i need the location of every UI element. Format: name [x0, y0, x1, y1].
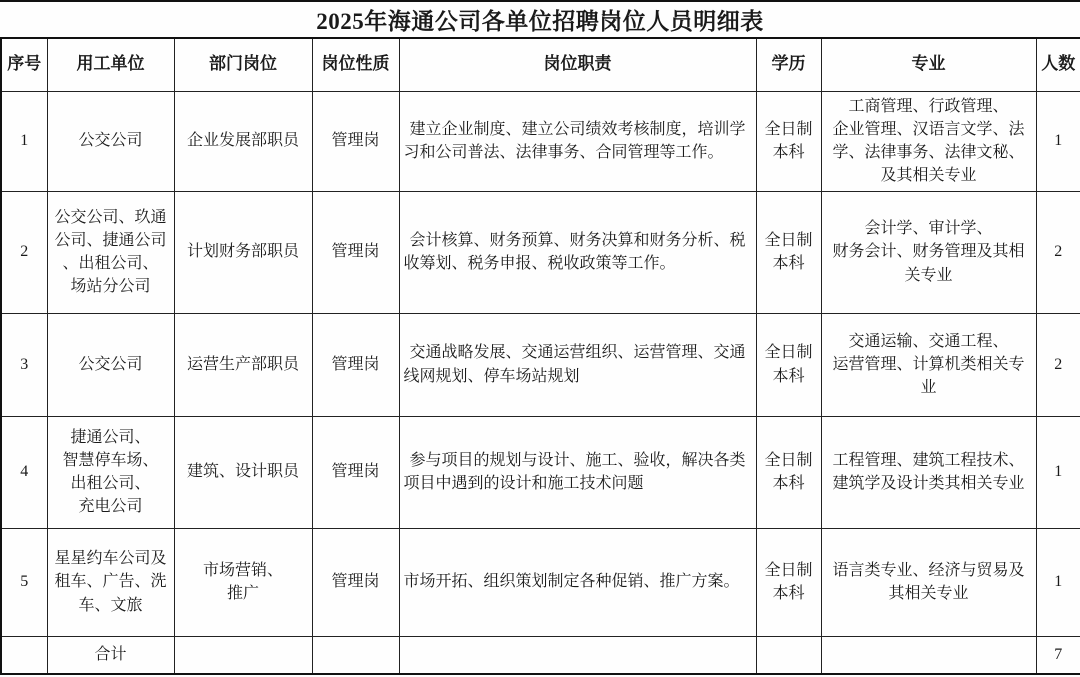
- col-header-major: 专业: [821, 38, 1036, 91]
- recruitment-sheet: 2025年海通公司各单位招聘岗位人员明细表 序号 用工单位 部门岗位 岗位性质 …: [0, 0, 1080, 677]
- cell-nature: [312, 636, 399, 674]
- cell-nature: 管理岗: [312, 191, 399, 313]
- cell-duty: [399, 636, 756, 674]
- col-header-serial: 序号: [1, 38, 47, 91]
- cell-unit: 公交公司、玖通 公司、捷通公司 、出租公司、 场站分公司: [47, 191, 174, 313]
- col-header-duty: 岗位职责: [399, 38, 756, 91]
- cell-unit: 星星约车公司及 租车、广告、洗 车、文旅: [47, 528, 174, 636]
- cell-nature: 管理岗: [312, 528, 399, 636]
- col-header-count: 人数: [1036, 38, 1080, 91]
- cell-unit: 捷通公司、 智慧停车场、 出租公司、 充电公司: [47, 416, 174, 528]
- cell-major: 交通运输、交通工程、 运营管理、计算机类相关专 业: [821, 313, 1036, 416]
- cell-nature: 管理岗: [312, 313, 399, 416]
- header-row: 序号 用工单位 部门岗位 岗位性质 岗位职责 学历 专业 人数: [1, 38, 1080, 91]
- cell-count: 1: [1036, 528, 1080, 636]
- cell-edu: [756, 636, 821, 674]
- cell-dept: 计划财务部职员: [174, 191, 312, 313]
- cell-dept: 企业发展部职员: [174, 91, 312, 191]
- table-row: 4 捷通公司、 智慧停车场、 出租公司、 充电公司 建筑、设计职员 管理岗 参与…: [1, 416, 1080, 528]
- table-row: 3 公交公司 运营生产部职员 管理岗 交通战略发展、交通运营组织、运营管理、交通…: [1, 313, 1080, 416]
- cell-edu: 全日制 本科: [756, 191, 821, 313]
- table-row: 5 星星约车公司及 租车、广告、洗 车、文旅 市场营销、 推广 管理岗 市场开拓…: [1, 528, 1080, 636]
- cell-duty: 市场开拓、组织策划制定各种促销、推广方案。: [399, 528, 756, 636]
- cell-nature: 管理岗: [312, 416, 399, 528]
- cell-unit: 公交公司: [47, 313, 174, 416]
- page-title: 2025年海通公司各单位招聘岗位人员明细表: [0, 0, 1080, 37]
- cell-major: 语言类专业、经济与贸易及 其相关专业: [821, 528, 1036, 636]
- cell-nature: 管理岗: [312, 91, 399, 191]
- cell-serial: 5: [1, 528, 47, 636]
- cell-major: 工商管理、行政管理、 企业管理、汉语言文学、法 学、法律事务、法律文秘、 及其相…: [821, 91, 1036, 191]
- table-row: 1 公交公司 企业发展部职员 管理岗 建立企业制度、建立公司绩效考核制度，培训学…: [1, 91, 1080, 191]
- cell-duty: 参与项目的规划与设计、施工、验收，解决各类项目中遇到的设计和施工技术问题: [399, 416, 756, 528]
- col-header-edu: 学历: [756, 38, 821, 91]
- cell-duty: 建立企业制度、建立公司绩效考核制度，培训学习和公司普法、法律事务、合同管理等工作…: [399, 91, 756, 191]
- table-row: 2 公交公司、玖通 公司、捷通公司 、出租公司、 场站分公司 计划财务部职员 管…: [1, 191, 1080, 313]
- cell-dept: 市场营销、 推广: [174, 528, 312, 636]
- cell-serial: 1: [1, 91, 47, 191]
- col-header-dept: 部门岗位: [174, 38, 312, 91]
- cell-edu: 全日制 本科: [756, 313, 821, 416]
- cell-unit: 公交公司: [47, 91, 174, 191]
- cell-duty: 会计核算、财务预算、财务决算和财务分析、税收筹划、税务申报、税收政策等工作。: [399, 191, 756, 313]
- cell-serial: 4: [1, 416, 47, 528]
- cell-count: 2: [1036, 191, 1080, 313]
- recruitment-table: 序号 用工单位 部门岗位 岗位性质 岗位职责 学历 专业 人数 1 公交公司 企…: [0, 37, 1080, 675]
- col-header-nature: 岗位性质: [312, 38, 399, 91]
- cell-edu: 全日制 本科: [756, 91, 821, 191]
- cell-major: [821, 636, 1036, 674]
- cell-dept: 建筑、设计职员: [174, 416, 312, 528]
- cell-serial: 2: [1, 191, 47, 313]
- total-row: 合计 7: [1, 636, 1080, 674]
- col-header-unit: 用工单位: [47, 38, 174, 91]
- cell-major: 会计学、审计学、 财务会计、财务管理及其相 关专业: [821, 191, 1036, 313]
- cell-serial: 3: [1, 313, 47, 416]
- cell-dept: [174, 636, 312, 674]
- cell-count: 1: [1036, 91, 1080, 191]
- cell-edu: 全日制 本科: [756, 416, 821, 528]
- total-label: 合计: [47, 636, 174, 674]
- cell-count: 2: [1036, 313, 1080, 416]
- cell-dept: 运营生产部职员: [174, 313, 312, 416]
- cell-edu: 全日制 本科: [756, 528, 821, 636]
- cell-count: 1: [1036, 416, 1080, 528]
- cell-serial: [1, 636, 47, 674]
- cell-major: 工程管理、建筑工程技术、 建筑学及设计类其相关专业: [821, 416, 1036, 528]
- total-count: 7: [1036, 636, 1080, 674]
- cell-duty: 交通战略发展、交通运营组织、运营管理、交通线网规划、停车场站规划: [399, 313, 756, 416]
